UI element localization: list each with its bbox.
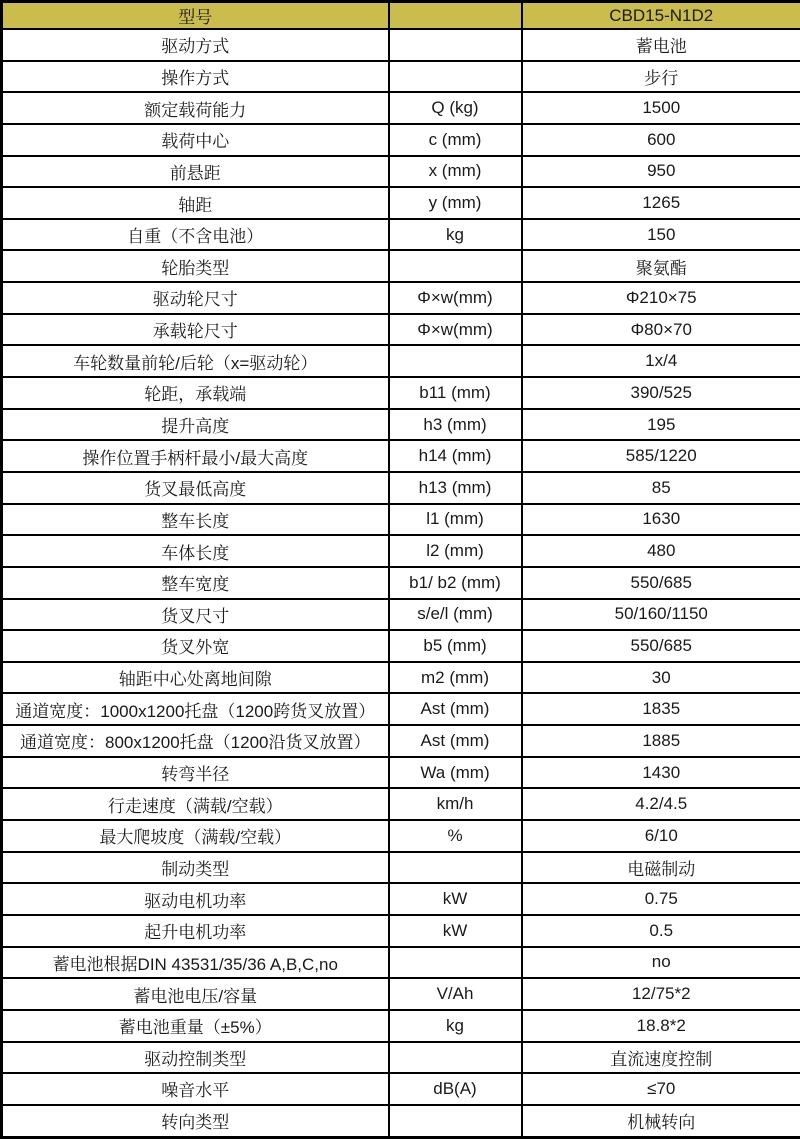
table-row: 转向类型 机械转向: [2, 1105, 800, 1138]
spec-label-cell: 提升高度: [2, 409, 389, 441]
spec-label-cell: 自重（不含电池）: [2, 219, 389, 251]
spec-value-cell: 390/525: [522, 377, 800, 409]
spec-label-cell: 车体长度: [2, 535, 389, 567]
spec-value-cell: 1x/4: [522, 345, 800, 377]
table-row: 轮胎类型 聚氨酯: [2, 250, 800, 282]
spec-value-cell: 4.2/4.5: [522, 788, 800, 820]
table-row: 操作位置手柄杆最小/最大高度 h14 (mm) 585/1220: [2, 440, 800, 472]
spec-unit-cell: [389, 250, 522, 282]
spec-unit-cell: b5 (mm): [389, 630, 522, 662]
spec-unit-cell: km/h: [389, 788, 522, 820]
spec-unit-cell: [389, 1105, 522, 1138]
table-row: 自重（不含电池） kg 150: [2, 219, 800, 251]
spec-value-cell: 聚氨酯: [522, 250, 800, 282]
spec-label-cell: 货叉外宽: [2, 630, 389, 662]
table-row: 轴距中心处离地间隙 m2 (mm) 30: [2, 662, 800, 694]
table-row: 提升高度 h3 (mm) 195: [2, 409, 800, 441]
spec-unit-cell: l1 (mm): [389, 504, 522, 536]
table-row: 驱动轮尺寸 Φ×w(mm) Φ210×75: [2, 282, 800, 314]
spec-unit-cell: m2 (mm): [389, 662, 522, 694]
spec-value-cell: 600: [522, 124, 800, 156]
spec-unit-cell: [389, 29, 522, 61]
table-row: 最大爬坡度（满载/空载） % 6/10: [2, 820, 800, 852]
model-header-cell: 型号: [2, 2, 389, 30]
spec-unit-cell: Q (kg): [389, 92, 522, 124]
spec-label-cell: 操作位置手柄杆最小/最大高度: [2, 440, 389, 472]
spec-label-cell: 操作方式: [2, 61, 389, 93]
spec-unit-cell: h13 (mm): [389, 472, 522, 504]
model-value-header-cell: CBD15-N1D2: [522, 2, 800, 30]
spec-label-cell: 车轮数量前轮/后轮（x=驱动轮）: [2, 345, 389, 377]
spec-value-cell: 直流速度控制: [522, 1042, 800, 1074]
spec-value-cell: 585/1220: [522, 440, 800, 472]
table-row: 货叉尺寸 s/e/l (mm) 50/160/1150: [2, 599, 800, 631]
table-row: 蓄电池电压/容量 V/Ah 12/75*2: [2, 978, 800, 1010]
spec-label-cell: 行走速度（满载/空载）: [2, 788, 389, 820]
table-row: 驱动方式 蓄电池: [2, 29, 800, 61]
spec-label-cell: 整车长度: [2, 504, 389, 536]
spec-label-cell: 蓄电池电压/容量: [2, 978, 389, 1010]
spec-value-cell: 0.5: [522, 915, 800, 947]
spec-value-cell: 30: [522, 662, 800, 694]
table-row: 通道宽度：800x1200托盘（1200沿货叉放置） Ast (mm) 1885: [2, 725, 800, 757]
spec-label-cell: 最大爬坡度（满载/空载）: [2, 820, 389, 852]
spec-label-cell: 蓄电池根据DIN 43531/35/36 A,B,C,no: [2, 947, 389, 979]
table-row: 蓄电池重量（±5%） kg 18.8*2: [2, 1010, 800, 1042]
table-row: 整车宽度 b1/ b2 (mm) 550/685: [2, 567, 800, 599]
spec-label-cell: 货叉尺寸: [2, 599, 389, 631]
spec-value-cell: Φ210×75: [522, 282, 800, 314]
spec-unit-cell: kg: [389, 219, 522, 251]
table-row: 制动类型 电磁制动: [2, 852, 800, 884]
spec-unit-cell: kW: [389, 915, 522, 947]
spec-unit-cell: dB(A): [389, 1073, 522, 1105]
spec-unit-cell: x (mm): [389, 156, 522, 188]
table-row: 轴距 y (mm) 1265: [2, 187, 800, 219]
spec-unit-cell: [389, 852, 522, 884]
spec-table: 型号 CBD15-N1D2 驱动方式 蓄电池 操作方式 步行 额定载荷能力 Q …: [0, 0, 800, 1139]
header-row: 型号 CBD15-N1D2: [2, 2, 800, 30]
spec-value-cell: no: [522, 947, 800, 979]
spec-label-cell: 蓄电池重量（±5%）: [2, 1010, 389, 1042]
spec-label-cell: 承载轮尺寸: [2, 314, 389, 346]
spec-label-cell: 驱动轮尺寸: [2, 282, 389, 314]
spec-label-cell: 通道宽度：1000x1200托盘（1200跨货叉放置）: [2, 693, 389, 725]
spec-label-cell: 轮距，承载端: [2, 377, 389, 409]
spec-value-cell: 电磁制动: [522, 852, 800, 884]
spec-unit-cell: h3 (mm): [389, 409, 522, 441]
spec-value-cell: 480: [522, 535, 800, 567]
table-row: 起升电机功率 kW 0.5: [2, 915, 800, 947]
spec-table-body: 驱动方式 蓄电池 操作方式 步行 额定载荷能力 Q (kg) 1500 载荷中心…: [2, 29, 800, 1138]
spec-value-cell: 1430: [522, 757, 800, 789]
table-row: 驱动控制类型 直流速度控制: [2, 1042, 800, 1074]
spec-value-cell: 1885: [522, 725, 800, 757]
spec-unit-cell: c (mm): [389, 124, 522, 156]
spec-value-cell: 0.75: [522, 883, 800, 915]
spec-unit-cell: b1/ b2 (mm): [389, 567, 522, 599]
spec-label-cell: 转弯半径: [2, 757, 389, 789]
spec-unit-cell: [389, 345, 522, 377]
spec-label-cell: 驱动方式: [2, 29, 389, 61]
table-row: 车轮数量前轮/后轮（x=驱动轮） 1x/4: [2, 345, 800, 377]
spec-value-cell: 6/10: [522, 820, 800, 852]
spec-label-cell: 制动类型: [2, 852, 389, 884]
spec-unit-cell: Φ×w(mm): [389, 314, 522, 346]
spec-label-cell: 货叉最低高度: [2, 472, 389, 504]
spec-unit-cell: b11 (mm): [389, 377, 522, 409]
spec-value-cell: Φ80×70: [522, 314, 800, 346]
spec-value-cell: 1630: [522, 504, 800, 536]
spec-unit-cell: l2 (mm): [389, 535, 522, 567]
spec-label-cell: 驱动电机功率: [2, 883, 389, 915]
spec-label-cell: 通道宽度：800x1200托盘（1200沿货叉放置）: [2, 725, 389, 757]
spec-value-cell: 蓄电池: [522, 29, 800, 61]
table-row: 货叉外宽 b5 (mm) 550/685: [2, 630, 800, 662]
spec-value-cell: 150: [522, 219, 800, 251]
table-row: 前悬距 x (mm) 950: [2, 156, 800, 188]
table-row: 通道宽度：1000x1200托盘（1200跨货叉放置） Ast (mm) 183…: [2, 693, 800, 725]
table-row: 货叉最低高度 h13 (mm) 85: [2, 472, 800, 504]
spec-value-cell: 85: [522, 472, 800, 504]
spec-label-cell: 起升电机功率: [2, 915, 389, 947]
spec-unit-cell: s/e/l (mm): [389, 599, 522, 631]
unit-header-cell: [389, 2, 522, 30]
spec-unit-cell: [389, 1042, 522, 1074]
spec-value-cell: 步行: [522, 61, 800, 93]
table-row: 转弯半径 Wa (mm) 1430: [2, 757, 800, 789]
table-row: 操作方式 步行: [2, 61, 800, 93]
spec-label-cell: 噪音水平: [2, 1073, 389, 1105]
spec-label-cell: 轴距中心处离地间隙: [2, 662, 389, 694]
table-row: 车体长度 l2 (mm) 480: [2, 535, 800, 567]
spec-label-cell: 轮胎类型: [2, 250, 389, 282]
spec-label-cell: 整车宽度: [2, 567, 389, 599]
table-row: 驱动电机功率 kW 0.75: [2, 883, 800, 915]
table-row: 额定载荷能力 Q (kg) 1500: [2, 92, 800, 124]
spec-table-header: 型号 CBD15-N1D2: [2, 2, 800, 30]
spec-unit-cell: Ast (mm): [389, 725, 522, 757]
spec-value-cell: 1265: [522, 187, 800, 219]
table-row: 轮距，承载端 b11 (mm) 390/525: [2, 377, 800, 409]
spec-unit-cell: y (mm): [389, 187, 522, 219]
spec-unit-cell: Φ×w(mm): [389, 282, 522, 314]
spec-value-cell: 18.8*2: [522, 1010, 800, 1042]
spec-value-cell: 950: [522, 156, 800, 188]
spec-unit-cell: h14 (mm): [389, 440, 522, 472]
spec-label-cell: 驱动控制类型: [2, 1042, 389, 1074]
table-row: 蓄电池根据DIN 43531/35/36 A,B,C,no no: [2, 947, 800, 979]
spec-value-cell: 195: [522, 409, 800, 441]
spec-unit-cell: %: [389, 820, 522, 852]
table-row: 噪音水平 dB(A) ≤70: [2, 1073, 800, 1105]
spec-label-cell: 前悬距: [2, 156, 389, 188]
spec-value-cell: 机械转向: [522, 1105, 800, 1138]
table-row: 承载轮尺寸 Φ×w(mm) Φ80×70: [2, 314, 800, 346]
table-row: 行走速度（满载/空载） km/h 4.2/4.5: [2, 788, 800, 820]
spec-value-cell: 1500: [522, 92, 800, 124]
spec-value-cell: 550/685: [522, 567, 800, 599]
spec-value-cell: 550/685: [522, 630, 800, 662]
spec-unit-cell: kW: [389, 883, 522, 915]
table-row: 整车长度 l1 (mm) 1630: [2, 504, 800, 536]
spec-label-cell: 转向类型: [2, 1105, 389, 1138]
spec-unit-cell: [389, 61, 522, 93]
spec-value-cell: 1835: [522, 693, 800, 725]
spec-label-cell: 额定载荷能力: [2, 92, 389, 124]
spec-value-cell: 12/75*2: [522, 978, 800, 1010]
spec-unit-cell: Ast (mm): [389, 693, 522, 725]
spec-value-cell: ≤70: [522, 1073, 800, 1105]
spec-unit-cell: Wa (mm): [389, 757, 522, 789]
table-row: 载荷中心 c (mm) 600: [2, 124, 800, 156]
spec-label-cell: 轴距: [2, 187, 389, 219]
spec-unit-cell: [389, 947, 522, 979]
spec-label-cell: 载荷中心: [2, 124, 389, 156]
spec-value-cell: 50/160/1150: [522, 599, 800, 631]
spec-unit-cell: V/Ah: [389, 978, 522, 1010]
spec-unit-cell: kg: [389, 1010, 522, 1042]
